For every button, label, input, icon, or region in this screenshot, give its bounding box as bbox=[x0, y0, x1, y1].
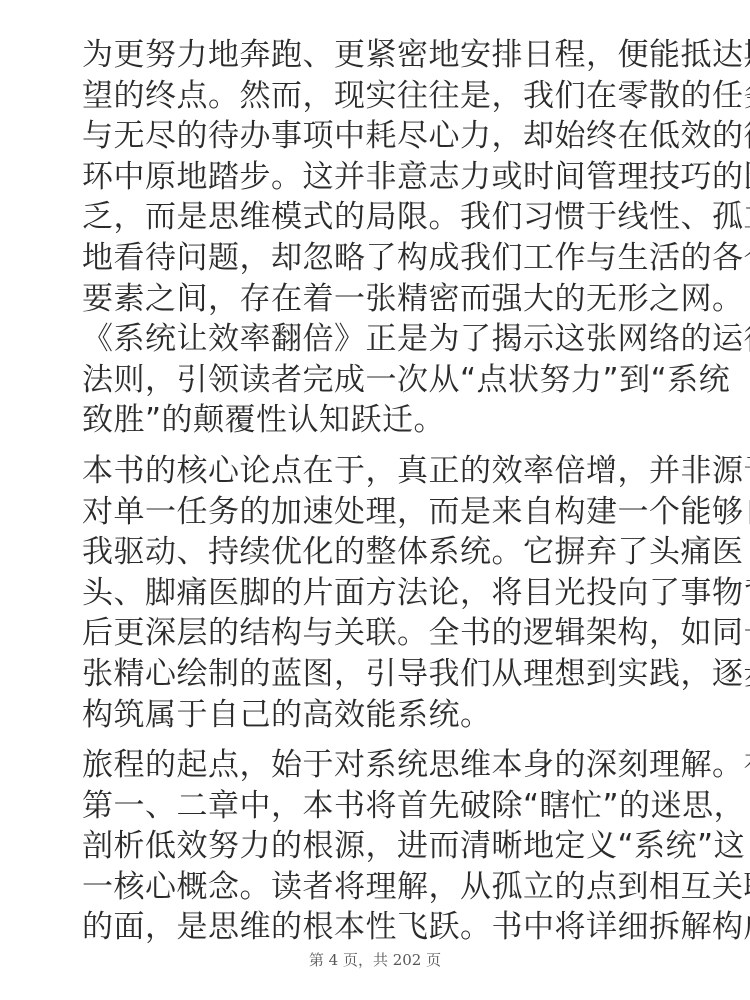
text-line: 张精心绘制的蓝图，引导我们从理想到实践，逐步 bbox=[82, 654, 672, 695]
text-line: 为更努力地奔跑、更紧密地安排日程，便能抵达期 bbox=[82, 35, 672, 76]
paragraph-1: 为更努力地奔跑、更紧密地安排日程，便能抵达期 望的终点。然而，现实往往是，我们在… bbox=[82, 35, 672, 441]
paragraph-2: 本书的核心论点在于，真正的效率倍增，并非源于 对单一任务的加速处理，而是来自构建… bbox=[82, 451, 672, 735]
paragraph-3: 旅程的起点，始于对系统思维本身的深刻理解。在 第一、二章中，本书将首先破除“瞎忙… bbox=[82, 745, 672, 948]
text-line: 本书的核心论点在于，真正的效率倍增，并非源于 bbox=[82, 451, 672, 492]
text-line: 地看待问题，却忽略了构成我们工作与生活的各个 bbox=[82, 238, 672, 279]
text-line: 构筑属于自己的高效能系统。 bbox=[82, 695, 672, 736]
text-line: 一核心概念。读者将理解，从孤立的点到相互关联 bbox=[82, 867, 672, 908]
text-line: 后更深层的结构与关联。全书的逻辑架构，如同一 bbox=[82, 613, 672, 654]
text-line: 法则，引领读者完成一次从“点状努力”到“系统 bbox=[82, 360, 672, 401]
text-line: 与无尽的待办事项中耗尽心力，却始终在低效的循 bbox=[82, 116, 672, 157]
text-line: 环中原地踏步。这并非意志力或时间管理技巧的匮 bbox=[82, 157, 672, 198]
text-line: 望的终点。然而，现实往往是，我们在零散的任务 bbox=[82, 76, 672, 117]
text-line: 要素之间，存在着一张精密而强大的无形之网。 bbox=[82, 279, 672, 320]
document-page: 为更努力地奔跑、更紧密地安排日程，便能抵达期 望的终点。然而，现实往往是，我们在… bbox=[82, 35, 672, 958]
text-line: 头、脚痛医脚的片面方法论，将目光投向了事物背 bbox=[82, 573, 672, 614]
text-line: 乏，而是思维模式的局限。我们习惯于线性、孤立 bbox=[82, 197, 672, 238]
text-line: 《系统让效率翻倍》正是为了揭示这张网络的运行 bbox=[82, 319, 672, 360]
text-line: 对单一任务的加速处理，而是来自构建一个能够自 bbox=[82, 492, 672, 533]
text-line: 第一、二章中，本书将首先破除“瞎忙”的迷思， bbox=[82, 786, 672, 827]
text-line: 致胜”的颠覆性认知跃迁。 bbox=[82, 400, 672, 441]
text-line: 的面，是思维的根本性飞跃。书中将详细拆解构成 bbox=[82, 907, 672, 948]
text-line: 剖析低效努力的根源，进而清晰地定义“系统”这 bbox=[82, 826, 672, 867]
text-line: 我驱动、持续优化的整体系统。它摒弃了头痛医 bbox=[82, 532, 672, 573]
page-number-footer: 第 4 页，共 202 页 bbox=[0, 949, 750, 970]
text-line: 旅程的起点，始于对系统思维本身的深刻理解。在 bbox=[82, 745, 672, 786]
